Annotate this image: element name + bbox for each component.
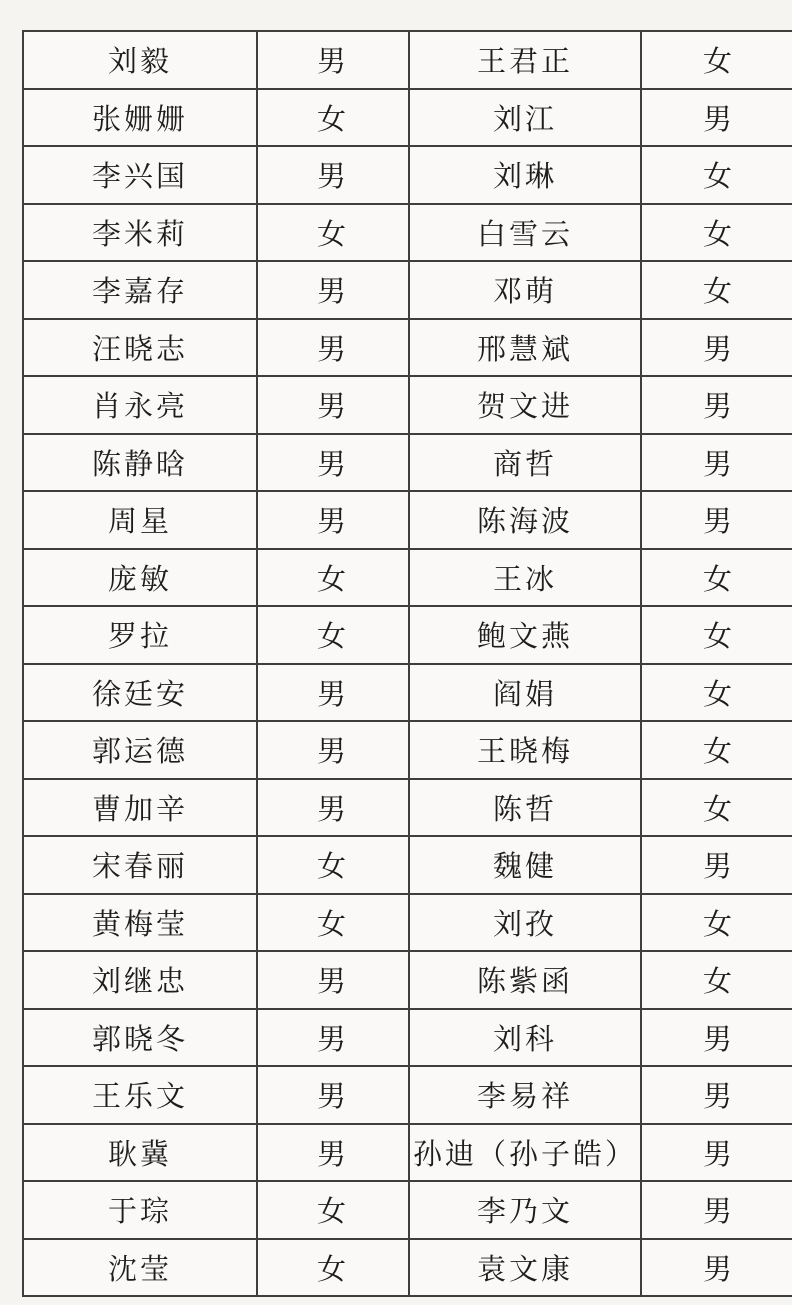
gender-cell: 男	[257, 261, 409, 319]
gender-cell: 男	[257, 491, 409, 549]
name-cell: 陈海波	[409, 491, 641, 549]
gender-cell: 男	[257, 1124, 409, 1182]
table-row: 肖永亮 男 贺文进 男	[23, 376, 792, 434]
gender-cell: 女	[257, 836, 409, 894]
table-row: 王乐文 男 李易祥 男	[23, 1066, 792, 1124]
name-cell: 郭晓冬	[23, 1009, 257, 1067]
name-cell: 刘科	[409, 1009, 641, 1067]
table-row: 宋春丽 女 魏健 男	[23, 836, 792, 894]
table-row: 郭运德 男 王晓梅 女	[23, 721, 792, 779]
name-gender-table: 刘毅 男 王君正 女 张姗姗 女 刘江 男 李兴国 男 刘琳 女 李米莉 女 白…	[22, 30, 792, 1297]
document-page: 刘毅 男 王君正 女 张姗姗 女 刘江 男 李兴国 男 刘琳 女 李米莉 女 白…	[0, 0, 792, 1305]
table-row: 周星 男 陈海波 男	[23, 491, 792, 549]
name-cell: 袁文康	[409, 1239, 641, 1297]
name-cell: 魏健	[409, 836, 641, 894]
gender-cell: 男	[257, 434, 409, 492]
gender-cell: 男	[641, 376, 792, 434]
table-row: 陈静晗 男 商哲 男	[23, 434, 792, 492]
name-cell: 阎娟	[409, 664, 641, 722]
gender-cell: 女	[641, 664, 792, 722]
table-row: 刘毅 男 王君正 女	[23, 31, 792, 89]
gender-cell: 女	[257, 1181, 409, 1239]
gender-cell: 女	[257, 1239, 409, 1297]
name-cell: 刘孜	[409, 894, 641, 952]
gender-cell: 男	[641, 1124, 792, 1182]
gender-cell: 男	[257, 31, 409, 89]
name-cell: 陈哲	[409, 779, 641, 837]
name-cell: 王冰	[409, 549, 641, 607]
gender-cell: 男	[641, 1066, 792, 1124]
table-row: 刘继忠 男 陈紫函 女	[23, 951, 792, 1009]
gender-cell: 男	[641, 434, 792, 492]
gender-cell: 女	[257, 549, 409, 607]
name-cell: 刘毅	[23, 31, 257, 89]
name-cell: 李乃文	[409, 1181, 641, 1239]
name-cell: 陈紫函	[409, 951, 641, 1009]
table-row: 罗拉 女 鲍文燕 女	[23, 606, 792, 664]
gender-cell: 男	[257, 779, 409, 837]
gender-cell: 男	[641, 491, 792, 549]
name-cell: 贺文进	[409, 376, 641, 434]
name-cell: 李嘉存	[23, 261, 257, 319]
table-row: 耿冀 男 孙迪（孙子皓） 男	[23, 1124, 792, 1182]
name-cell: 李米莉	[23, 204, 257, 262]
name-cell: 商哲	[409, 434, 641, 492]
gender-cell: 男	[257, 721, 409, 779]
table-row: 沈莹 女 袁文康 男	[23, 1239, 792, 1297]
gender-cell: 男	[257, 1009, 409, 1067]
gender-cell: 男	[257, 664, 409, 722]
name-cell: 郭运德	[23, 721, 257, 779]
gender-cell: 女	[641, 951, 792, 1009]
name-cell: 黄梅莹	[23, 894, 257, 952]
table-row: 郭晓冬 男 刘科 男	[23, 1009, 792, 1067]
table-row: 汪晓志 男 邢慧斌 男	[23, 319, 792, 377]
name-cell: 陈静晗	[23, 434, 257, 492]
name-cell: 宋春丽	[23, 836, 257, 894]
gender-cell: 男	[257, 1066, 409, 1124]
name-cell: 刘江	[409, 89, 641, 147]
gender-cell: 男	[641, 319, 792, 377]
name-cell: 王君正	[409, 31, 641, 89]
table-row: 庞敏 女 王冰 女	[23, 549, 792, 607]
table-row: 张姗姗 女 刘江 男	[23, 89, 792, 147]
name-cell: 庞敏	[23, 549, 257, 607]
gender-cell: 女	[641, 549, 792, 607]
gender-cell: 女	[641, 261, 792, 319]
gender-cell: 女	[641, 31, 792, 89]
name-cell: 孙迪（孙子皓）	[409, 1124, 641, 1182]
name-cell: 徐廷安	[23, 664, 257, 722]
name-cell: 王乐文	[23, 1066, 257, 1124]
gender-cell: 女	[257, 894, 409, 952]
table-row: 李米莉 女 白雪云 女	[23, 204, 792, 262]
table-row: 李兴国 男 刘琳 女	[23, 146, 792, 204]
gender-cell: 男	[641, 1009, 792, 1067]
gender-cell: 女	[641, 606, 792, 664]
name-cell: 王晓梅	[409, 721, 641, 779]
name-cell: 李易祥	[409, 1066, 641, 1124]
name-cell: 张姗姗	[23, 89, 257, 147]
name-cell: 刘琳	[409, 146, 641, 204]
name-cell: 鲍文燕	[409, 606, 641, 664]
gender-cell: 男	[641, 1239, 792, 1297]
gender-cell: 女	[641, 721, 792, 779]
gender-cell: 男	[257, 146, 409, 204]
gender-cell: 男	[257, 951, 409, 1009]
name-cell: 耿冀	[23, 1124, 257, 1182]
name-cell: 李兴国	[23, 146, 257, 204]
gender-cell: 女	[641, 146, 792, 204]
gender-cell: 男	[257, 319, 409, 377]
table-body: 刘毅 男 王君正 女 张姗姗 女 刘江 男 李兴国 男 刘琳 女 李米莉 女 白…	[23, 31, 792, 1296]
name-cell: 周星	[23, 491, 257, 549]
name-cell: 汪晓志	[23, 319, 257, 377]
table-row: 于琮 女 李乃文 男	[23, 1181, 792, 1239]
table-row: 徐廷安 男 阎娟 女	[23, 664, 792, 722]
gender-cell: 女	[641, 779, 792, 837]
name-cell: 白雪云	[409, 204, 641, 262]
name-cell: 曹加辛	[23, 779, 257, 837]
name-cell: 罗拉	[23, 606, 257, 664]
name-cell: 刘继忠	[23, 951, 257, 1009]
table-row: 黄梅莹 女 刘孜 女	[23, 894, 792, 952]
table-row: 曹加辛 男 陈哲 女	[23, 779, 792, 837]
gender-cell: 男	[641, 89, 792, 147]
name-cell: 于琮	[23, 1181, 257, 1239]
gender-cell: 女	[257, 204, 409, 262]
table-row: 李嘉存 男 邓萌 女	[23, 261, 792, 319]
name-cell: 邢慧斌	[409, 319, 641, 377]
gender-cell: 女	[641, 204, 792, 262]
gender-cell: 男	[641, 1181, 792, 1239]
gender-cell: 女	[257, 89, 409, 147]
name-cell: 沈莹	[23, 1239, 257, 1297]
gender-cell: 男	[641, 836, 792, 894]
name-cell: 肖永亮	[23, 376, 257, 434]
gender-cell: 女	[257, 606, 409, 664]
name-cell: 邓萌	[409, 261, 641, 319]
gender-cell: 男	[257, 376, 409, 434]
gender-cell: 女	[641, 894, 792, 952]
